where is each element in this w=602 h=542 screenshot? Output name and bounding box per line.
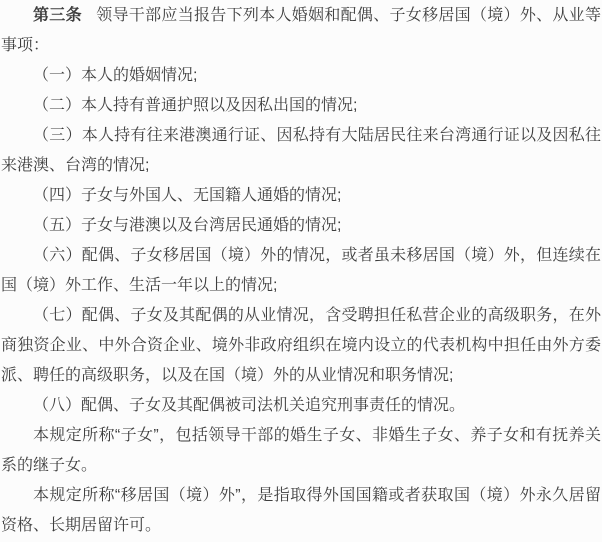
article-number: 第三条 xyxy=(33,7,82,24)
article-intro-text: 领导干部应当报告下列本人婚姻和配偶、子女移居国（境）外、从业等事项： xyxy=(1,7,601,54)
clause-item-4: （四）子女与外国人、无国籍人通婚的情况; xyxy=(1,181,601,211)
clause-item-3: （三）本人持有往来港澳通行证、因私持有大陆居民往来台湾通行证以及因私往来港澳、台… xyxy=(1,121,601,181)
clause-item-7: （七）配偶、子女及其配偶的从业情况，含受聘担任私营企业的高级职务，在外商独资企业… xyxy=(1,301,601,391)
definition-note-emigration: 本规定所称“移居国（境）外”，是指取得外国国籍或者获取国（境）外永久居留资格、长… xyxy=(1,481,601,541)
clause-item-5: （五）子女与港澳以及台湾居民通婚的情况; xyxy=(1,211,601,241)
article-heading-paragraph: 第三条领导干部应当报告下列本人婚姻和配偶、子女移居国（境）外、从业等事项： xyxy=(1,1,601,61)
definition-note-children: 本规定所称“子女”，包括领导干部的婚生子女、非婚生子女、养子女和有抚养关系的继子… xyxy=(1,421,601,481)
clause-item-8: （八）配偶、子女及其配偶被司法机关追究刑事责任的情况。 xyxy=(1,391,601,421)
document-body: 第三条领导干部应当报告下列本人婚姻和配偶、子女移居国（境）外、从业等事项： （一… xyxy=(0,0,602,542)
clause-item-2: （二）本人持有普通护照以及因私出国的情况; xyxy=(1,91,601,121)
clause-item-6: （六）配偶、子女移居国（境）外的情况，或者虽未移居国（境）外，但连续在国（境）外… xyxy=(1,241,601,301)
clause-item-1: （一）本人的婚姻情况; xyxy=(1,61,601,91)
